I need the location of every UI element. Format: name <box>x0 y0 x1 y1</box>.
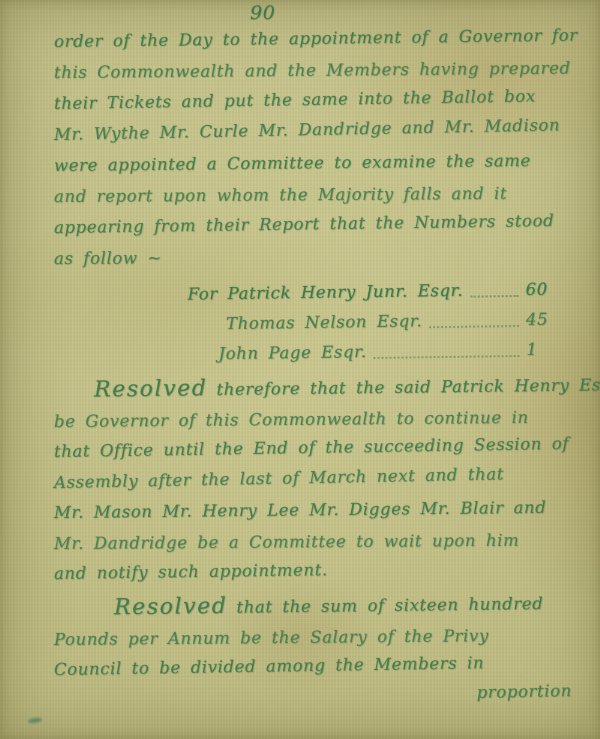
vote-tally: For Patrick Henry Junr. Esqr. 60 Thomas … <box>187 274 560 369</box>
resolved-lead-word: Resolved <box>94 376 208 402</box>
candidate-name: John Page Esqr. <box>218 337 367 369</box>
ink-smudge <box>28 717 43 724</box>
vote-count: 1 <box>526 334 560 364</box>
proceedings-paragraph: order of the Day to the appointment of a… <box>54 26 576 274</box>
manuscript-page: 90 order of the Day to the appointment o… <box>0 0 600 739</box>
manuscript-line: as follow ~ <box>54 240 576 274</box>
leader-dashes <box>374 355 520 359</box>
candidate-name: For Patrick Henry Junr. Esqr. <box>187 276 463 310</box>
line-text: therefore that the said Patrick Henry Es… <box>216 375 600 399</box>
resolution-governor-paragraph: Resolvedtherefore that the said Patrick … <box>54 376 582 590</box>
manuscript-line: appearing from their Report that the Num… <box>54 205 576 243</box>
manuscript-line: were appointed a Committee to examine th… <box>54 145 576 181</box>
leader-dashes <box>429 325 519 328</box>
vote-count: 60 <box>525 274 559 304</box>
resolved-lead-word: Resolved <box>114 594 228 620</box>
manuscript-line: and notify such appointment. <box>54 552 582 590</box>
manuscript-line: order of the Day to the appointment of a… <box>54 20 576 57</box>
tally-row-john-page: John Page Esqr. 1 <box>188 334 560 369</box>
candidate-name: Thomas Nelson Esqr. <box>226 306 423 339</box>
resolution-salary-paragraph: Resolvedthat the sum of sixteen hundred … <box>54 594 582 716</box>
manuscript-line: Resolvedtherefore that the said Patrick … <box>54 370 582 407</box>
page-number: 90 <box>250 2 275 24</box>
leader-dashes <box>470 295 518 298</box>
manuscript-line: Mr. Mason Mr. Henry Lee Mr. Digges Mr. B… <box>54 492 582 528</box>
line-text: that the sum of sixteen hundred <box>236 594 543 617</box>
manuscript-line: Resolvedthat the sum of sixteen hundred <box>54 588 582 625</box>
vote-count: 45 <box>526 304 560 334</box>
